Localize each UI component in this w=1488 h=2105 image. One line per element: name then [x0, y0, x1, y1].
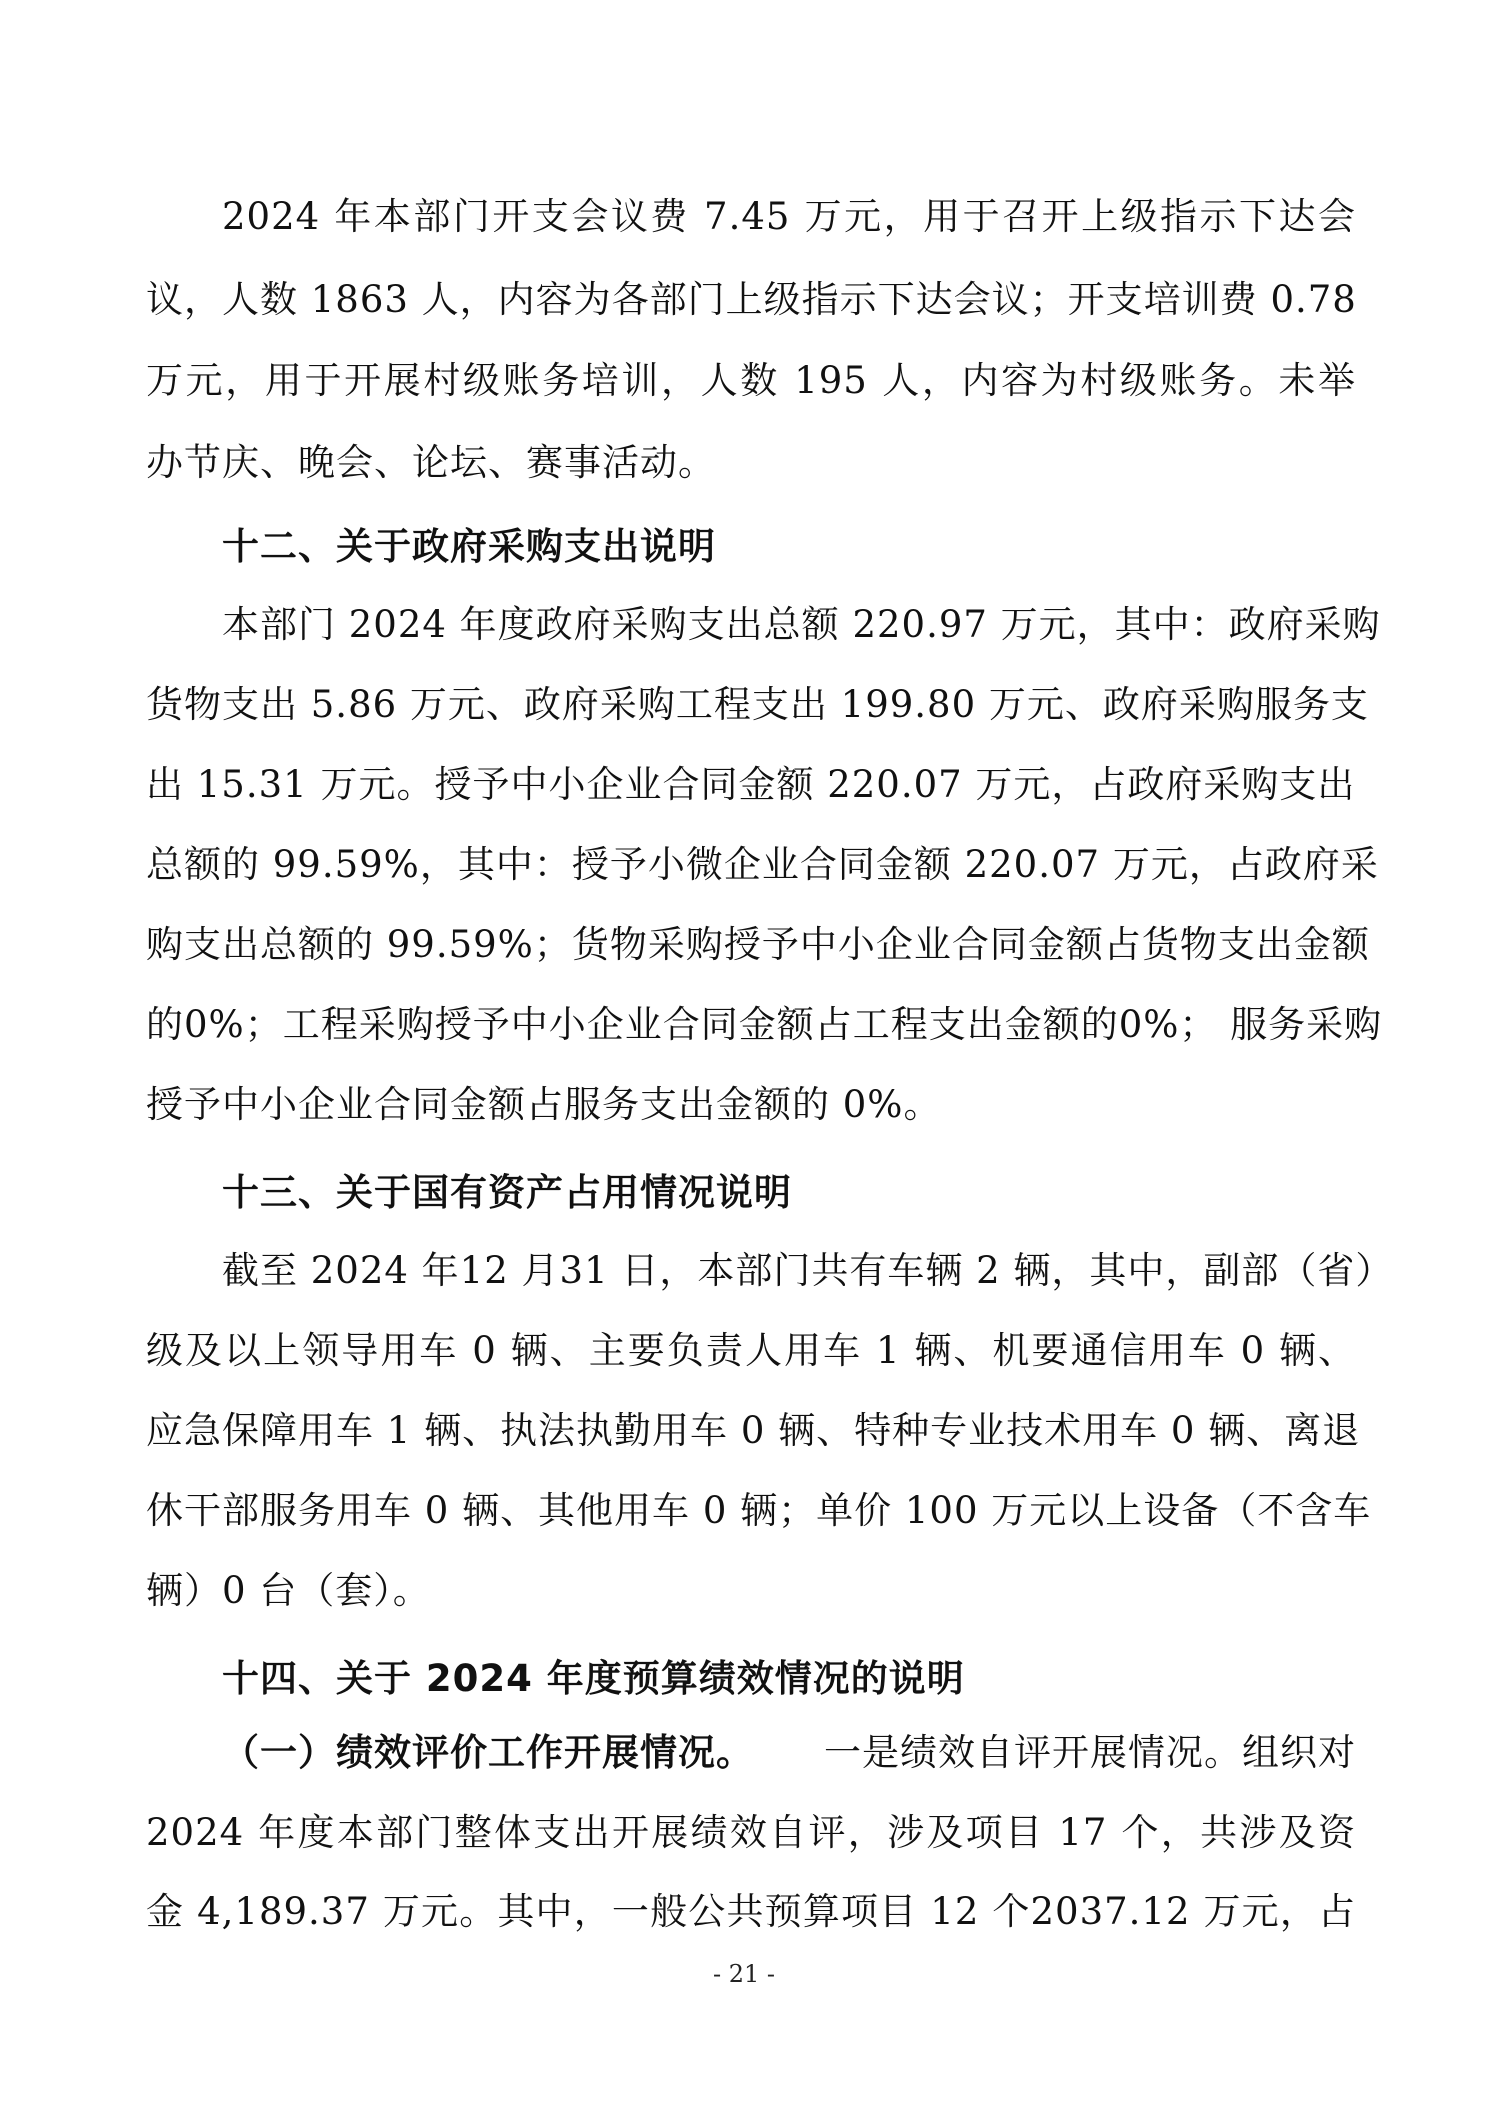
- paragraph-line: 出 15.31 万元。授予中小企业合同金额 220.07 万元，占政府采购支出: [146, 766, 1356, 803]
- paragraph-line: 本部门 2024 年度政府采购支出总额 220.97 万元，其中：政府采购: [222, 606, 1356, 643]
- paragraph-line: 办节庆、晚会、论坛、赛事活动。: [146, 444, 1356, 481]
- paragraph-line: 授予中小企业合同金额占服务支出金额的 0%。: [146, 1086, 1356, 1123]
- paragraph-line: 金 4,189.37 万元。其中，一般公共预算项目 12 个2037.12 万元…: [146, 1893, 1356, 1930]
- subsection-line: （一）绩效评价工作开展情况。 一是绩效自评开展情况。组织对: [222, 1734, 1356, 1771]
- paragraph-line: 应急保障用车 1 辆、执法执勤用车 0 辆、特种专业技术用车 0 辆、离退: [146, 1412, 1356, 1449]
- paragraph-line: 货物支出 5.86 万元、政府采购工程支出 199.80 万元、政府采购服务支: [146, 686, 1356, 723]
- page-number: - 21 -: [0, 1960, 1488, 1988]
- paragraph-line: 辆）0 台（套）。: [146, 1572, 1356, 1609]
- paragraph-line: 截至 2024 年12 月31 日，本部门共有车辆 2 辆，其中，副部（省）: [222, 1252, 1356, 1289]
- paragraph-text: 一是绩效自评开展情况。组织对: [824, 1734, 1356, 1771]
- paragraph-line: 级及以上领导用车 0 辆、主要负责人用车 1 辆、机要通信用车 0 辆、: [146, 1332, 1356, 1369]
- subsection-heading: （一）绩效评价工作开展情况。: [222, 1734, 754, 1771]
- section-heading: 十四、关于 2024 年度预算绩效情况的说明: [222, 1660, 1432, 1697]
- section-heading: 十二、关于政府采购支出说明: [222, 528, 1432, 565]
- paragraph-line: 总额的 99.59%，其中：授予小微企业合同金额 220.07 万元，占政府采: [146, 846, 1356, 883]
- paragraph-line: 的0%；工程采购授予中小企业合同金额占工程支出金额的0%； 服务采购: [146, 1006, 1356, 1043]
- paragraph-line: 议，人数 1863 人，内容为各部门上级指示下达会议；开支培训费 0.78: [146, 281, 1356, 318]
- paragraph-line: 2024 年度本部门整体支出开展绩效自评，涉及项目 17 个，共涉及资: [146, 1814, 1356, 1851]
- paragraph-line: 购支出总额的 99.59%；货物采购授予中小企业合同金额占货物支出金额: [146, 926, 1356, 963]
- paragraph-line: 2024 年本部门开支会议费 7.45 万元，用于召开上级指示下达会: [222, 198, 1356, 235]
- paragraph-line: 休干部服务用车 0 辆、其他用车 0 辆；单价 100 万元以上设备（不含车: [146, 1492, 1356, 1529]
- section-heading: 十三、关于国有资产占用情况说明: [222, 1174, 1432, 1211]
- paragraph-line: 万元，用于开展村级账务培训，人数 195 人，内容为村级账务。未举: [146, 362, 1356, 399]
- document-page: 2024 年本部门开支会议费 7.45 万元，用于召开上级指示下达会 议，人数 …: [0, 0, 1488, 2105]
